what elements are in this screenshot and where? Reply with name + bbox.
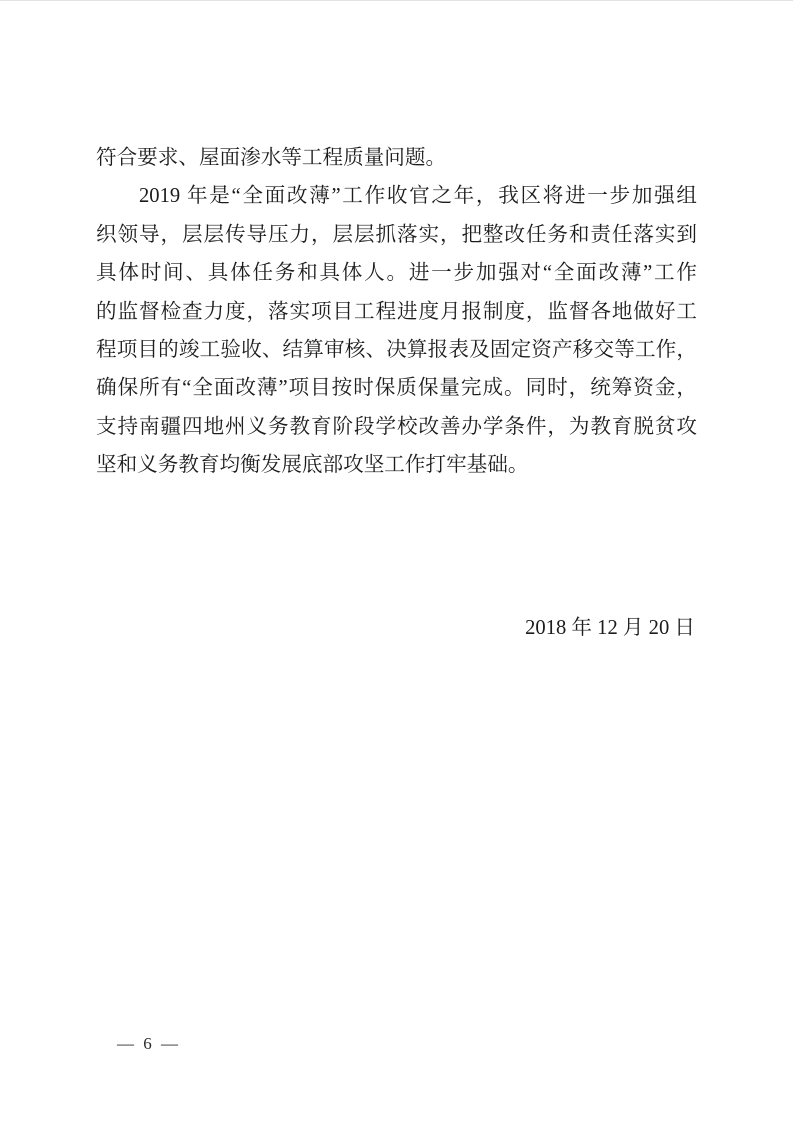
text-line: 具体时间、具体任务和具体人。进一步加强对“全面改薄”工作 [96, 254, 697, 292]
text-line: 程项目的竣工验收、结算审核、决算报表及固定资产移交等工作， [96, 331, 697, 369]
text-line: 确保所有“全面改薄”项目按时保质保量完成。同时，统筹资金， [96, 369, 697, 407]
page-number: — 6 — [117, 1034, 181, 1054]
document-page: 符合要求、屋面渗水等工程质量问题。2019 年是“全面改薄”工作收官之年，我区将… [0, 0, 793, 1123]
text-line: 织领导，层层传导压力，层层抓落实，把整改任务和责任落实到 [96, 216, 697, 254]
text-line: 的监督检查力度，落实项目工程进度月报制度，监督各地做好工 [96, 293, 697, 331]
text-line: 2019 年是“全面改薄”工作收官之年，我区将进一步加强组 [96, 177, 697, 215]
text-line: 坚和义务教育均衡发展底部攻坚工作打牢基础。 [96, 446, 697, 484]
document-body: 符合要求、屋面渗水等工程质量问题。2019 年是“全面改薄”工作收官之年，我区将… [96, 139, 697, 485]
text-line: 支持南疆四地州义务教育阶段学校改善办学条件，为教育脱贫攻 [96, 408, 697, 446]
document-date: 2018 年 12 月 20 日 [96, 609, 697, 647]
text-line: 符合要求、屋面渗水等工程质量问题。 [96, 139, 697, 177]
